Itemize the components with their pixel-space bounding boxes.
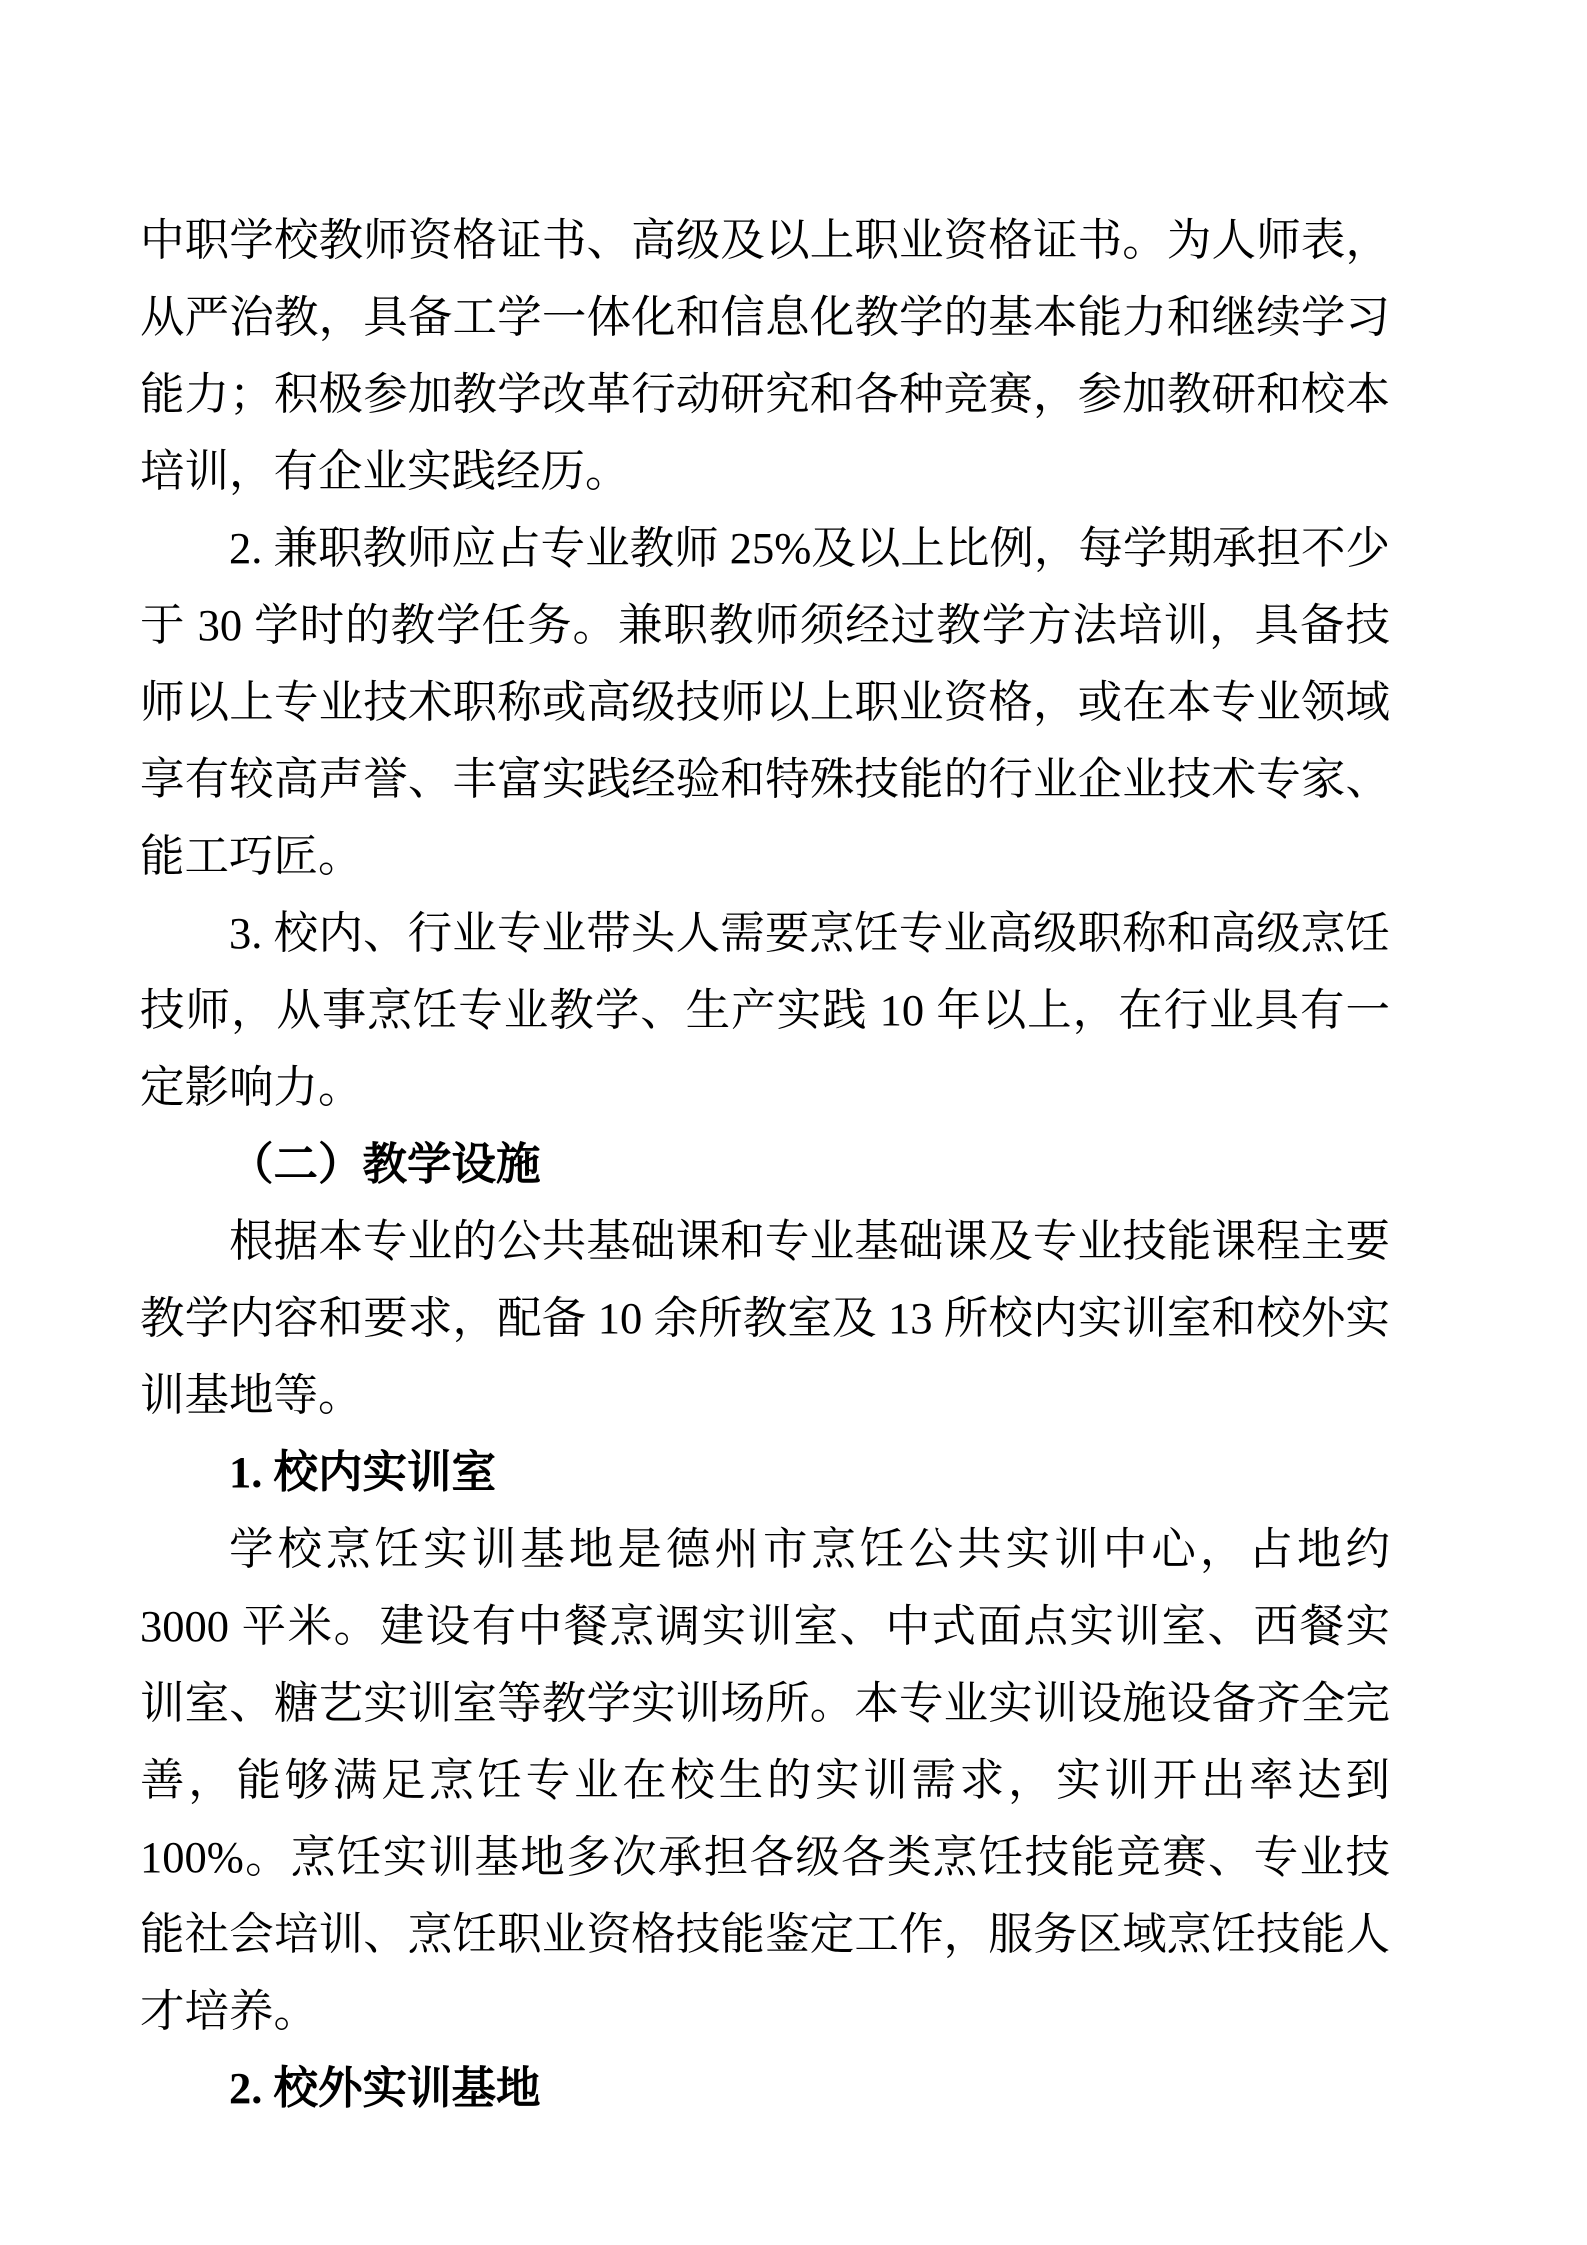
- body-paragraph: 3. 校内、行业专业带头人需要烹饪专业高级职称和高级烹饪技师，从事烹饪专业教学、…: [140, 895, 1390, 1126]
- section-heading: 1. 校内实训室: [140, 1434, 1390, 1511]
- section-heading: 2. 校外实训基地: [140, 2050, 1390, 2127]
- body-paragraph: 根据本专业的公共基础课和专业基础课及专业技能课程主要教学内容和要求，配备 10 …: [140, 1203, 1390, 1434]
- body-paragraph: 2. 兼职教师应占专业教师 25%及以上比例，每学期承担不少于 30 学时的教学…: [140, 510, 1390, 895]
- document-body: 中职学校教师资格证书、高级及以上职业资格证书。为人师表，从严治教，具备工学一体化…: [140, 202, 1390, 2127]
- body-paragraph: 学校烹饪实训基地是德州市烹饪公共实训中心，占地约 3000 平米。建设有中餐烹调…: [140, 1511, 1390, 2050]
- body-paragraph: 中职学校教师资格证书、高级及以上职业资格证书。为人师表，从严治教，具备工学一体化…: [140, 202, 1390, 510]
- document-page: 中职学校教师资格证书、高级及以上职业资格证书。为人师表，从严治教，具备工学一体化…: [0, 0, 1587, 2245]
- section-heading: （二）教学设施: [140, 1126, 1390, 1203]
